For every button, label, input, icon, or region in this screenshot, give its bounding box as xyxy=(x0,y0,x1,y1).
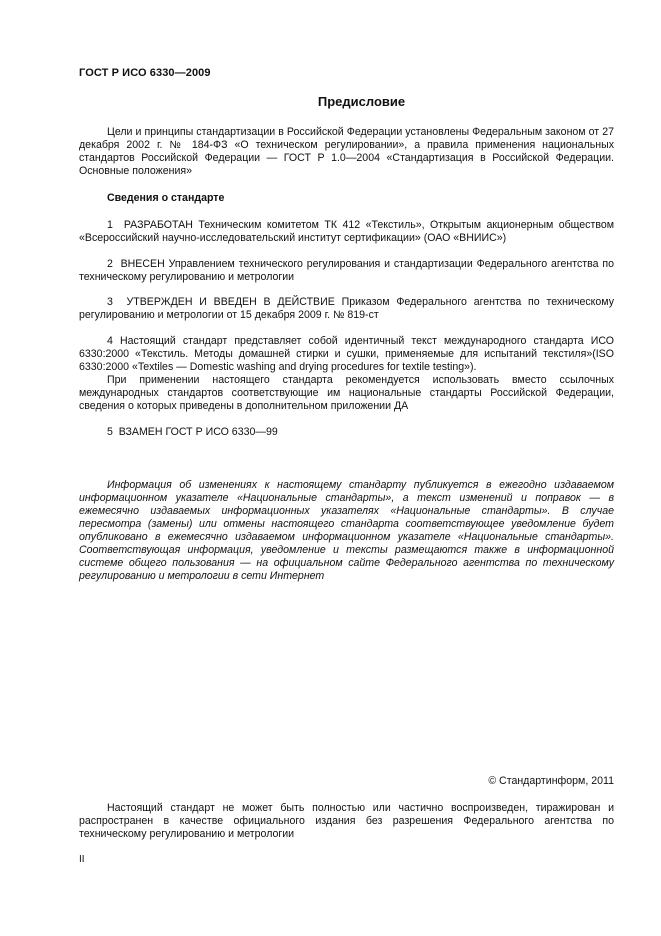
item-4-extra: При применении настоящего стандарта реко… xyxy=(79,374,614,413)
item-5: 5 ВЗАМЕН ГОСТ Р ИСО 6330—99 xyxy=(79,426,614,439)
changes-notice: Информация об изменениях к настоящему ст… xyxy=(79,479,614,583)
copyright: © Стандартинформ, 2011 xyxy=(79,775,614,788)
section-heading: Сведения о стандарте xyxy=(79,192,614,205)
intro-paragraph: Цели и принципы стандартизации в Российс… xyxy=(79,126,614,178)
item-3: 3 УТВЕРЖДЕН И ВВЕДЕН В ДЕЙСТВИЕ Приказом… xyxy=(79,296,614,322)
item-1: 1 РАЗРАБОТАН Техническим комитетом ТК 41… xyxy=(79,219,614,245)
document-code: ГОСТ Р ИСО 6330—2009 xyxy=(79,67,211,79)
item-4: 4 Настоящий стандарт представляет собой … xyxy=(79,335,614,374)
page-title: Предисловие xyxy=(79,94,614,109)
item-2: 2 ВНЕСЕН Управлением технического регули… xyxy=(79,258,614,284)
page-number: II xyxy=(79,854,85,865)
reproduction-notice: Настоящий стандарт не может быть полност… xyxy=(79,802,614,841)
